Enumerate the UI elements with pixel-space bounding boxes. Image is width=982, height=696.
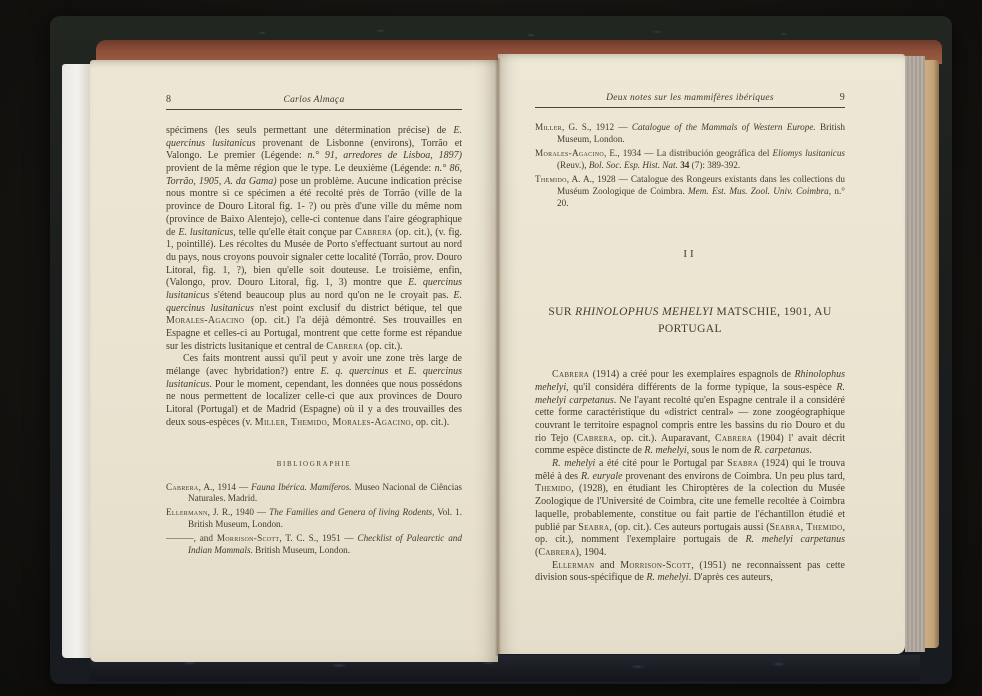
page-right: Deux notes sur les mammifères ibériques … — [498, 54, 905, 654]
section-title: SUR RHINOLOPHUS MEHELYI MATSCHIE, 1901, … — [535, 304, 845, 340]
running-header-right: Deux notes sur les mammifères ibériques — [565, 93, 815, 103]
paragraph: spécimens (les seuls permettant une déte… — [166, 125, 462, 353]
bibliography-entry: Miller, G. S., 1912 — Catalogue of the M… — [535, 122, 845, 146]
page-right-content: Deux notes sur les mammifères ibériques … — [535, 92, 845, 634]
paragraph: R. mehelyi a été cité pour le Portugal p… — [535, 458, 845, 560]
section-number: II — [535, 248, 845, 260]
bibliography-entry: Themido, A. A., 1928 — Catalogue des Ron… — [535, 174, 845, 210]
running-header-left: Carlos Almaça — [196, 95, 432, 105]
bibliography-list: Miller, G. S., 1912 — Catalogue of the M… — [535, 122, 845, 210]
page-number-left: 8 — [166, 94, 196, 105]
paragraph: Cabrera (1914) a créé pour les exemplair… — [535, 369, 845, 458]
right-page-stack-edge — [905, 56, 925, 652]
page-right-header: Deux notes sur les mammifères ibériques … — [535, 92, 845, 108]
bibliography-entry: Ellermann, J. R., 1940 — The Families an… — [166, 507, 462, 531]
left-page-stack-edge — [62, 64, 90, 658]
page-number-right: 9 — [815, 92, 845, 103]
paragraph: Ellerman and Morrison-Scott, (1951) ne r… — [535, 560, 845, 585]
bibliography-list: Cabrera, A., 1914 — Fauna Ibérica. Mamíf… — [166, 482, 462, 558]
page-left-content: 8 Carlos Almaça spécimens (les seuls per… — [166, 94, 462, 642]
bibliography-heading: BIBLIOGRAPHIE — [166, 460, 462, 468]
right-page-stack-edge-inner — [925, 60, 939, 648]
page-left-header: 8 Carlos Almaça — [166, 94, 462, 110]
bibliography-entry: Cabrera, A., 1914 — Fauna Ibérica. Mamíf… — [166, 482, 462, 506]
photo-background: 8 Carlos Almaça spécimens (les seuls per… — [0, 0, 982, 696]
bibliography-entry: Morales-Agacino, E., 1934 — La distribuc… — [535, 148, 845, 172]
section-body: Cabrera (1914) a créé pour les exemplair… — [535, 369, 845, 585]
bibliography-entry: ———, and Morrison-Scott, T. C. S., 1951 … — [166, 533, 462, 557]
page-left: 8 Carlos Almaça spécimens (les seuls per… — [90, 60, 498, 662]
book-gutter — [495, 58, 501, 656]
paragraph: Ces faits montrent aussi qu'il peut y av… — [166, 353, 462, 429]
